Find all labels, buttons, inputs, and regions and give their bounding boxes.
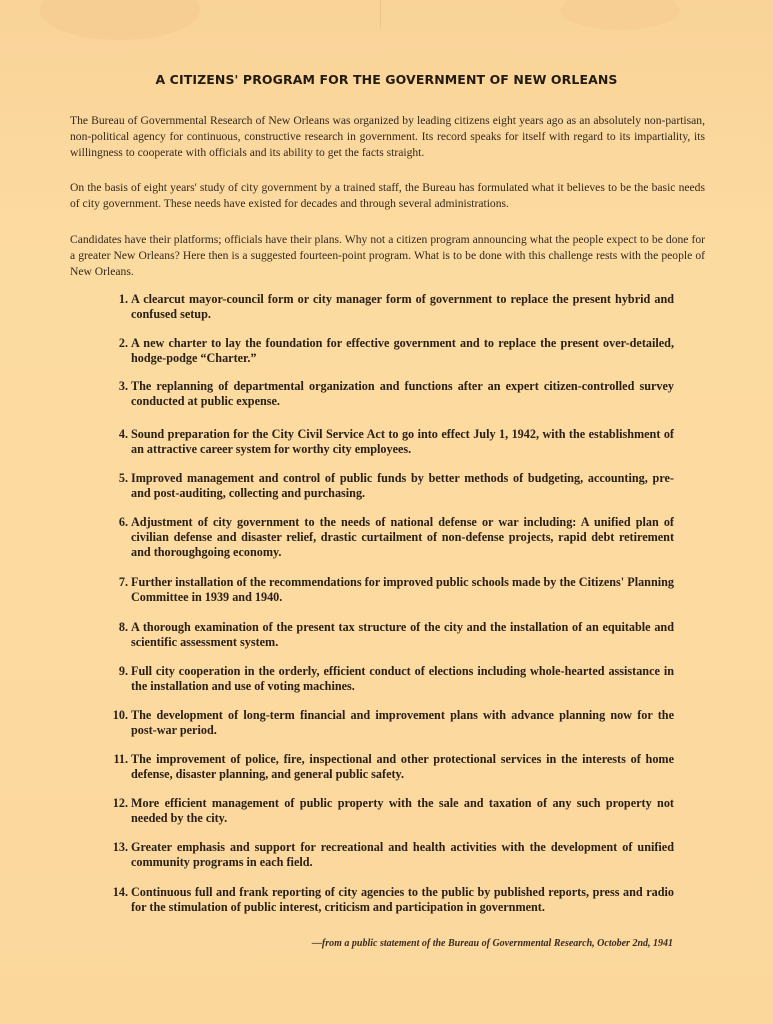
intro-paragraph-2: On the basis of eight years' study of ci… — [70, 180, 705, 212]
point-text: Sound preparation for the City Civil Ser… — [131, 427, 674, 457]
point-number: 2. — [100, 336, 128, 351]
point-text: A clearcut mayor-council form or city ma… — [131, 292, 674, 322]
point-text: Adjustment of city government to the nee… — [131, 515, 674, 560]
paper-fold-mark — [380, 0, 381, 28]
list-item: 13. Greater emphasis and support for rec… — [100, 840, 674, 870]
point-number: 12. — [100, 796, 128, 811]
point-number: 9. — [100, 664, 128, 679]
list-item: 12. More efficient management of public … — [100, 796, 674, 826]
point-number: 5. — [100, 471, 128, 486]
point-number: 1. — [100, 292, 128, 307]
list-item: 10. The development of long-term financi… — [100, 708, 674, 738]
point-text: Further installation of the recommendati… — [131, 575, 674, 605]
list-item: 1. A clearcut mayor-council form or city… — [100, 292, 674, 322]
point-number: 13. — [100, 840, 128, 855]
list-item: 8. A thorough examination of the present… — [100, 620, 674, 650]
intro-paragraph-3: Candidates have their platforms; officia… — [70, 232, 705, 280]
point-text: The replanning of departmental organizat… — [131, 379, 674, 409]
document-page: A CITIZENS' PROGRAM FOR THE GOVERNMENT O… — [0, 0, 773, 1024]
point-text: Full city cooperation in the orderly, ef… — [131, 664, 674, 694]
point-number: 6. — [100, 515, 128, 530]
source-attribution: —from a public statement of the Bureau o… — [312, 938, 673, 949]
point-text: A thorough examination of the present ta… — [131, 620, 674, 650]
list-item: 11. The improvement of police, fire, ins… — [100, 752, 674, 782]
intro-paragraph-1: The Bureau of Governmental Research of N… — [70, 113, 705, 161]
point-text: More efficient management of public prop… — [131, 796, 674, 826]
list-item: 3. The replanning of departmental organi… — [100, 379, 674, 409]
point-number: 8. — [100, 620, 128, 635]
point-text: Improved management and control of publi… — [131, 471, 674, 501]
list-item: 4. Sound preparation for the City Civil … — [100, 427, 674, 457]
list-item: 5. Improved management and control of pu… — [100, 471, 674, 501]
point-number: 14. — [100, 885, 128, 900]
point-number: 7. — [100, 575, 128, 590]
list-item: 2. A new charter to lay the foundation f… — [100, 336, 674, 366]
point-number: 4. — [100, 427, 128, 442]
point-text: A new charter to lay the foundation for … — [131, 336, 674, 366]
point-number: 10. — [100, 708, 128, 723]
list-item: 14. Continuous full and frank reporting … — [100, 885, 674, 915]
page-title: A CITIZENS' PROGRAM FOR THE GOVERNMENT O… — [0, 72, 773, 87]
point-text: Greater emphasis and support for recreat… — [131, 840, 674, 870]
paper-stain — [40, 0, 200, 40]
list-item: 9. Full city cooperation in the orderly,… — [100, 664, 674, 694]
point-text: The improvement of police, fire, inspect… — [131, 752, 674, 782]
point-number: 3. — [100, 379, 128, 394]
point-number: 11. — [100, 752, 128, 767]
point-text: Continuous full and frank reporting of c… — [131, 885, 674, 915]
point-text: The development of long-term financial a… — [131, 708, 674, 738]
list-item: 7. Further installation of the recommend… — [100, 575, 674, 605]
paper-stain — [560, 0, 680, 30]
list-item: 6. Adjustment of city government to the … — [100, 515, 674, 560]
